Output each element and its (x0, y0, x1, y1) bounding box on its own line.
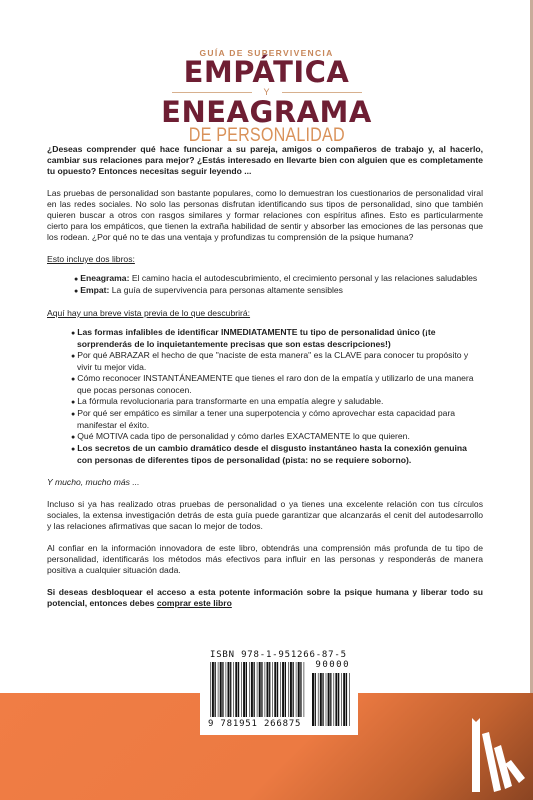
paragraph-1: Las pruebas de personalidad son bastante… (47, 188, 483, 243)
intro-paragraph: ¿Deseas comprender qué hace funcionar a … (47, 144, 483, 177)
more-text: Y mucho, mucho más ... (47, 477, 483, 488)
title-line-1: EMPÁTICA (0, 58, 533, 86)
list-item: ●Por qué ser empático es similar a tener… (71, 408, 483, 431)
preview-item-text: La fórmula revolucionaria para transform… (77, 396, 383, 406)
paragraph-2: Incluso si ya has realizado otras prueba… (47, 499, 483, 532)
list-item: ●Eneagrama: El camino hacia el autodescu… (74, 273, 483, 285)
preview-item-text: Por qué ABRAZAR el hecho de que "naciste… (77, 350, 468, 372)
preview-item-text: Cómo reconocer INSTANTÁNEAMENTE que tien… (77, 373, 474, 395)
list-item: ●Qué MOTIVA cada tipo de personalidad y … (71, 431, 483, 443)
preview-item-text: Por qué ser empático es similar a tener … (77, 408, 455, 430)
book-desc: El camino hacia el autodescubrimiento, e… (129, 273, 477, 283)
call-to-action: Si deseas desbloquear el acceso a esta p… (47, 587, 483, 609)
ean-digits: 9 781951 266875 (207, 719, 302, 729)
price-code: 90000 (315, 660, 350, 670)
list-item: ●Empat: La guía de supervivencia para pe… (74, 285, 483, 297)
book-desc: La guía de supervivencia para personas a… (109, 285, 343, 295)
paragraph-3: Al confiar en la información innovadora … (47, 543, 483, 576)
buy-book-link[interactable]: comprar este libro (157, 598, 232, 608)
bullet-icon: ● (71, 353, 75, 360)
list-item: ●Los secretos de un cambio dramático des… (71, 443, 483, 466)
leaning-books-icon (468, 716, 526, 794)
book-name: Eneagrama: (80, 273, 129, 283)
bullet-icon: ● (74, 276, 78, 283)
preview-item-text: Qué MOTIVA cada tipo de personalidad y c… (77, 431, 410, 441)
bullet-icon: ● (74, 288, 78, 295)
list-item: ●Por qué ABRAZAR el hecho de que "nacist… (71, 350, 483, 373)
preview-item-text: Las formas infalibles de identificar INM… (77, 327, 436, 349)
list-item: ●La fórmula revolucionaria para transfor… (71, 396, 483, 408)
bullet-icon: ● (71, 330, 75, 337)
bullet-icon: ● (71, 411, 75, 418)
cta-text: Si deseas desbloquear el acceso a esta p… (47, 587, 483, 608)
title-subtitle: DE PERSONALIDAD (188, 126, 344, 146)
book-name: Empat: (80, 285, 109, 295)
barcode-bars (210, 662, 305, 717)
cover-title-block: GUÍA DE SUPERVIVENCIA EMPÁTICA Y ENEAGRA… (0, 48, 533, 146)
isbn-barcode: ISBN 978-1-951266-87-5 90000 9 781951 26… (200, 645, 358, 735)
books-list: ●Eneagrama: El camino hacia el autodescu… (47, 273, 483, 297)
list-item: ●Cómo reconocer INSTANTÁNEAMENTE que tie… (71, 373, 483, 396)
preview-heading: Aquí hay una breve vista previa de lo qu… (47, 308, 483, 319)
bullet-icon: ● (71, 434, 75, 441)
barcode-addon-bars (312, 673, 350, 726)
bullet-icon: ● (71, 446, 75, 453)
title-line-2: ENEAGRAMA (0, 98, 533, 126)
divider-line-right (282, 92, 362, 93)
bullet-icon: ● (71, 376, 75, 383)
title-divider: Y (172, 86, 362, 98)
list-item: ●Las formas infalibles de identificar IN… (71, 327, 483, 350)
back-cover-description: ¿Deseas comprender qué hace funcionar a … (47, 144, 483, 620)
preview-list: ●Las formas infalibles de identificar IN… (47, 327, 483, 466)
preview-item-text: Los secretos de un cambio dramático desd… (77, 443, 467, 465)
isbn-label: ISBN 978-1-951266-87-5 (210, 650, 347, 660)
books-heading: Esto incluye dos libros: (47, 254, 483, 265)
bullet-icon: ● (71, 399, 75, 406)
